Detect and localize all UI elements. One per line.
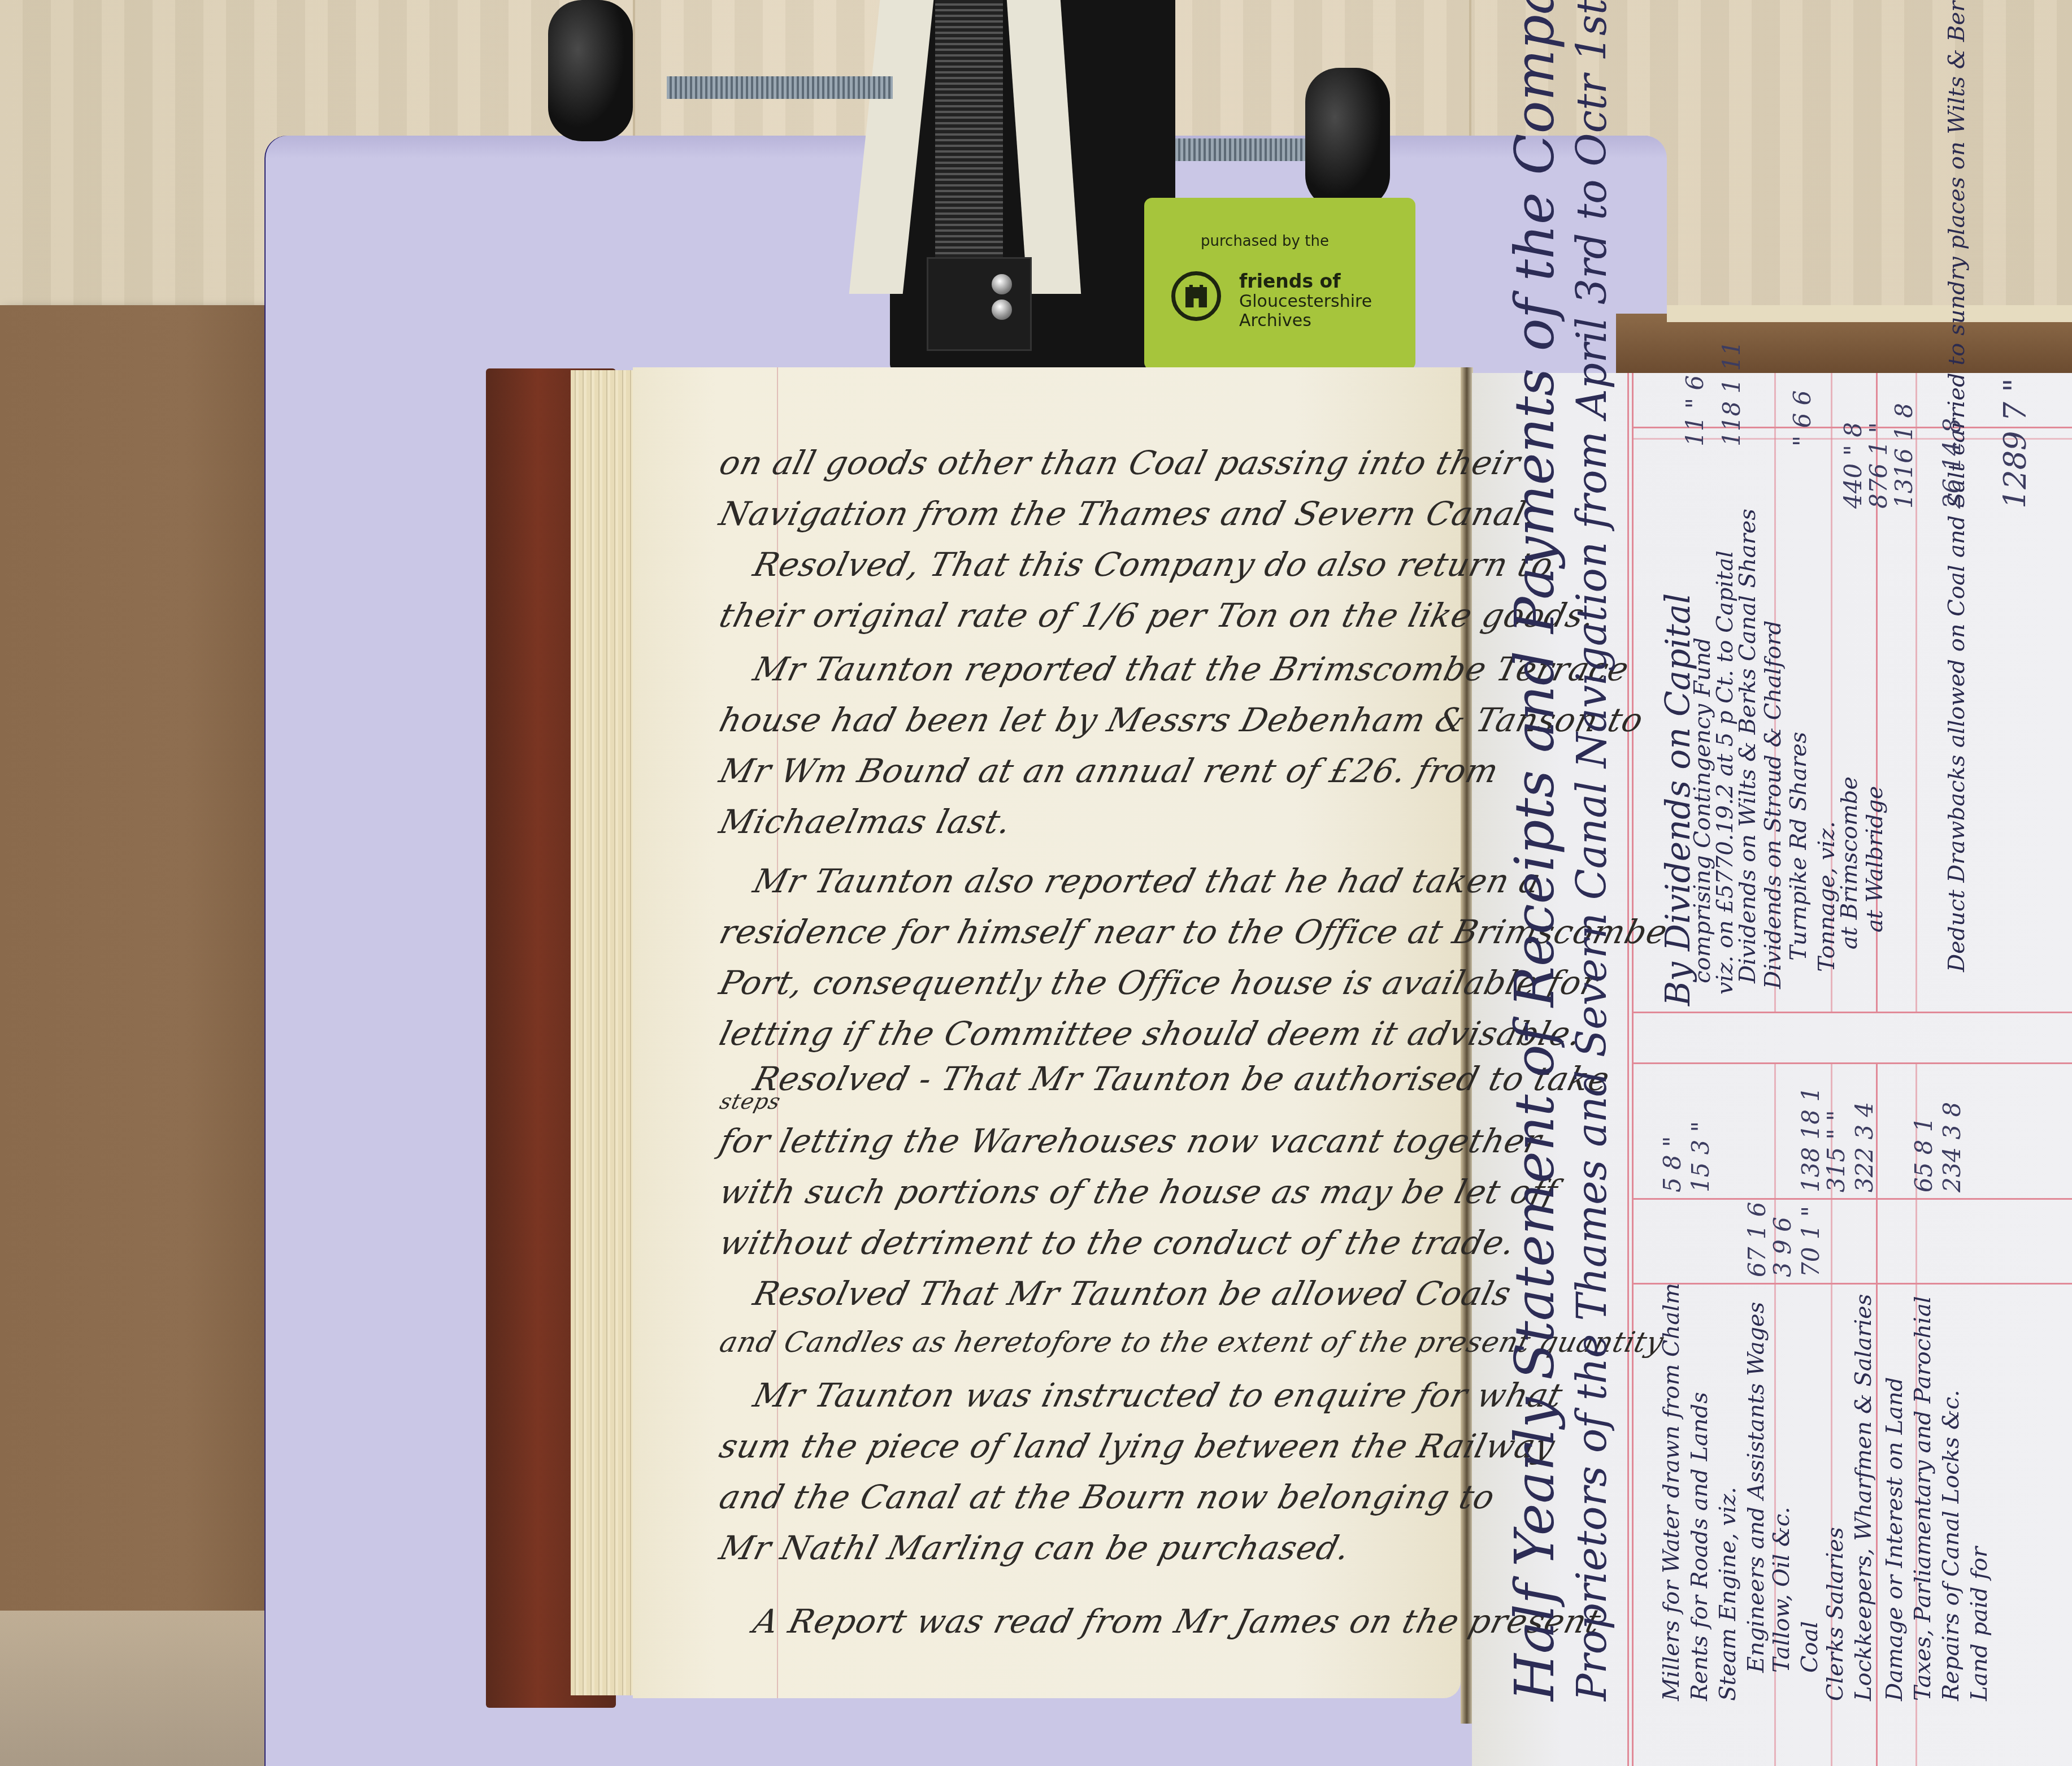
minute-line: house had been let by Messrs Debenham & … [716,704,1459,736]
payment-entry: Land paid for [1966,1547,1992,1701]
minute-line: residence for himself near to the Office… [716,915,1459,948]
amount: 315 " " [1822,1110,1850,1192]
ledger-entry: Dividends on Stroud & Chalford [1760,621,1786,989]
clamp-knob-right[interactable] [1305,68,1390,209]
ruling-line [1632,1012,2072,1013]
minute-line: sum the piece of land lying between the … [716,1430,1459,1463]
amount: 1316 1 8 [1890,403,1918,509]
payment-entry: Millers for Water drawn from Chalm [1658,1283,1684,1701]
bolt-icon [992,274,1012,294]
page-edges [571,370,636,1695]
minute-line: Mr Taunton also reported that he had tak… [716,865,1493,897]
statement-title: Half Yearly Statement of Receipts and Pa… [1503,0,1566,1701]
minute-line: Resolved, That this Company do also retu… [716,548,1493,581]
minute-line: Mr Taunton was instructed to enquire for… [716,1379,1493,1412]
amount: 11 " 6 [1681,375,1709,446]
minute-line: Mr Wm Bound at an annual rent of £26. fr… [716,754,1459,787]
ledger-entry: at Walbridge [1862,786,1888,932]
clamp-screw [667,76,893,99]
minute-line: Michaelmas last. [716,805,1459,838]
payment-entry: Taxes, Parliamentary and Parochial [1910,1296,1936,1701]
amount: 440 " 8 [1839,422,1867,509]
friends-archives-sticker: purchased by the friends of Gloucestersh… [1144,198,1415,370]
sticker-line4: Archives [1239,311,1311,331]
archive-box [0,305,308,1611]
ruling-line [1632,1283,2072,1285]
minute-line: their original rate of 1/6 per Ton on th… [716,599,1459,632]
amount: 5 8 " [1658,1136,1686,1192]
minute-line: on all goods other than Coal passing int… [716,446,1459,479]
minute-line: for letting the Warehouses now vacant to… [716,1125,1459,1157]
minute-line: Mr Nathl Marling can be purchased. [716,1531,1459,1564]
minute-line: and the Canal at the Bourn now belonging… [716,1481,1459,1513]
payment-entry: Lockkeepers, Wharfmen & Salaries [1851,1294,1876,1701]
ledger-entry: Dividends on Wilts & Berks Canal Shares [1735,509,1761,983]
payment-entry: Steam Engine, viz. [1715,1487,1741,1701]
amount: 26 14 8 [1938,418,1966,509]
desk-seam [1469,0,1471,153]
minute-line: Navigation from the Thames and Severn Ca… [716,497,1459,530]
page-edge-top [1667,305,2072,322]
payment-entry: Damage or Interest on Land [1882,1377,1908,1701]
amount: 876 1 " [1865,422,1892,509]
book-cover-right [1616,314,2072,376]
payment-entry: Clerks Salaries [1822,1527,1848,1701]
clamp-rack [935,0,1003,260]
desk-seam [633,0,635,153]
sticker-line2: friends of [1239,270,1341,292]
ruling-line [1632,373,1634,1766]
ledger-entry: at Brimscombe [1836,776,1862,949]
sticker-line3: Gloucestershire [1239,292,1372,311]
amount: 65 8 1 [1910,1117,1938,1192]
payment-entry: Coal [1797,1621,1823,1673]
amount: 3 9 6 [1769,1217,1796,1277]
minute-line: with such portions of the house as may b… [716,1175,1459,1208]
amount: 70 1 " [1797,1206,1825,1277]
amount: 322 3 4 [1851,1102,1878,1192]
payment-entry: Rents for Roads and Lands [1687,1392,1713,1701]
minute-line: letting if the Committee should deem it … [716,1017,1459,1050]
minute-line: Mr Taunton reported that the Brimscombe … [716,653,1493,685]
ledger-entry: Turnpike Rd Shares [1786,732,1812,961]
amount: 67 1 6 [1743,1201,1771,1277]
ruling-line [1632,1198,2072,1200]
payment-entry: Tallow, Oil &c. [1769,1507,1795,1673]
clamp-knob-left[interactable] [548,0,633,141]
amount: 15 3 " [1687,1121,1714,1192]
clamp-screw [1175,138,1317,161]
minute-line: Port, consequently the Office house is a… [716,966,1459,999]
clamp-plate [927,257,1032,351]
amount: 234 3 8 [1938,1102,1966,1192]
archive-box-lid [0,1611,271,1766]
payment-entry: Repairs of Canal Locks &c. [1938,1390,1964,1701]
statement-subtitle: Proprietors of the Thames and Severn Can… [1568,0,1615,1701]
minute-insertion: steps [718,1091,1457,1112]
ruling-line [1632,1062,2072,1064]
amount-total: 1289 7 " [1997,378,2033,509]
sticker-line1: purchased by the [1201,233,1329,250]
minute-line: and Candles as heretofore to the extent … [717,1328,1458,1356]
payment-entry: Engineers and Assistants Wages [1743,1302,1769,1673]
castle-seal-icon [1171,271,1221,321]
minute-line: A Report was read from Mr James on the p… [716,1605,1493,1638]
ruling-line [1627,373,1629,1766]
minute-line: without detriment to the conduct of the … [716,1226,1459,1259]
amount: 138 18 1 [1797,1087,1825,1192]
bolt-icon [992,300,1012,320]
minute-line: Resolved That Mr Taunton be allowed Coal… [716,1277,1493,1310]
amount: 118 1 11 [1718,341,1745,446]
amount: " 6 6 [1788,390,1816,446]
